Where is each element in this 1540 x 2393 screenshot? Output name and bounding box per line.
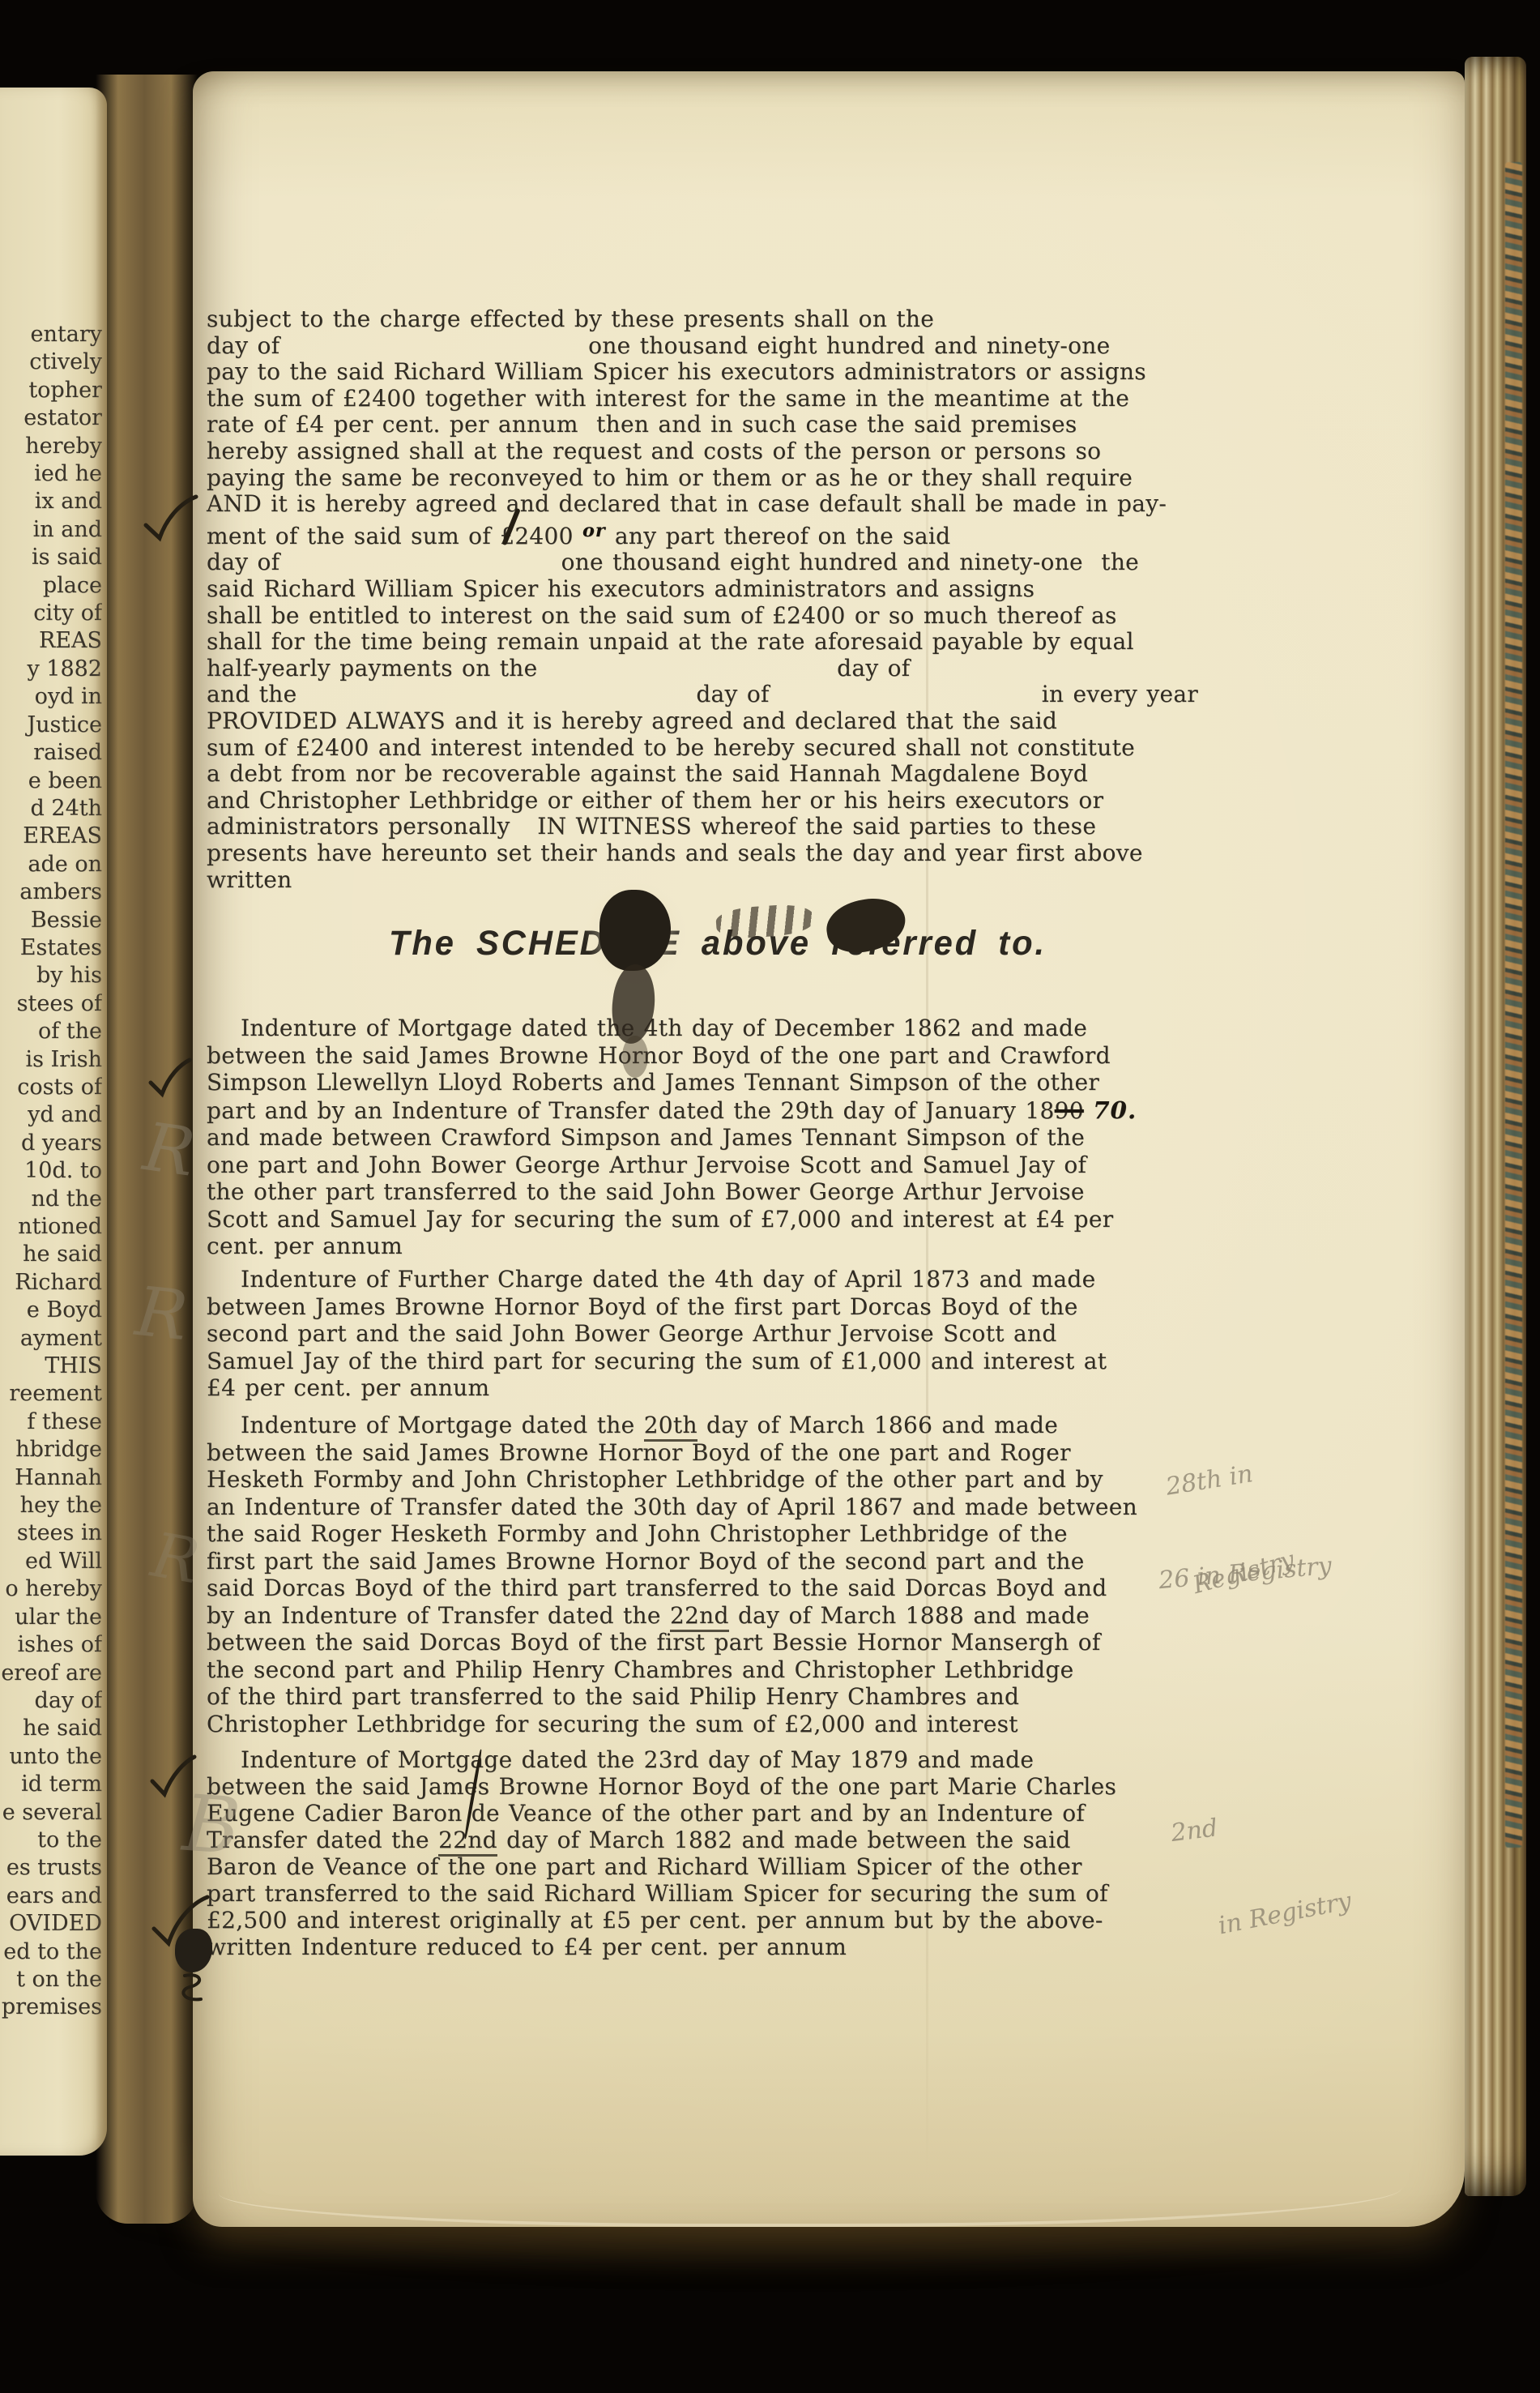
ink-squiggle: [177, 1971, 212, 2006]
text-line: the sum of £2400 together with interest …: [207, 386, 1198, 412]
text-line: administrators personally IN WITNESS whe…: [207, 814, 1198, 840]
margin-note-text: in Registry: [1216, 1887, 1354, 1940]
pencil-initial-r2: R: [132, 1271, 191, 1356]
text-line: place: [0, 572, 102, 600]
text-line: between the said James Browne Hornor Boy…: [207, 1042, 1137, 1070]
text-line: day of one thousand eight hundred and ni…: [207, 333, 1198, 360]
text-line: ayment: [0, 1325, 102, 1352]
text-line: Transfer dated the 22nd day of March 188…: [207, 1827, 1116, 1853]
text-line: ed Will: [0, 1548, 102, 1575]
text-line: topher: [0, 377, 102, 404]
fore-edge-page-stack: [1465, 57, 1526, 2196]
text-line: written Indenture reduced to £4 per cent…: [207, 1934, 1116, 1960]
text-line: reement: [0, 1380, 102, 1408]
text-line: Indenture of Further Charge dated the 4t…: [207, 1266, 1107, 1293]
text-line: entary: [0, 321, 102, 348]
text-line: ade on: [0, 851, 102, 878]
text-line: ctively: [0, 348, 102, 376]
text-line: shall for the time being remain unpaid a…: [207, 629, 1198, 656]
text-line: between the said James Browne Hornor Boy…: [207, 1439, 1137, 1467]
text-line: e been: [0, 767, 102, 795]
text-line: ambers: [0, 878, 102, 906]
text-line: ishes of: [0, 1631, 102, 1659]
text-line: OVIDED: [0, 1910, 102, 1938]
text-line: Bessie: [0, 907, 102, 934]
text-line: to the: [0, 1827, 102, 1854]
text-line: one part and John Bower George Arthur Je…: [207, 1152, 1137, 1179]
text-line: ied he: [0, 460, 102, 488]
text-line: pay to the said Richard William Spicer h…: [207, 359, 1198, 386]
text-line: by his: [0, 962, 102, 989]
text-line: said Richard William Spicer his executor…: [207, 576, 1198, 603]
text-line: y 1882: [0, 656, 102, 683]
text-line: presents have hereunto set their hands a…: [207, 840, 1198, 867]
text-line: sum of £2400 and interest intended to be…: [207, 735, 1198, 762]
text-line: EREAS: [0, 823, 102, 850]
margin-note-2nd: 2nd in Registry: [1162, 1742, 1360, 1996]
text-line: ix and: [0, 488, 102, 515]
text-line: hey the: [0, 1492, 102, 1519]
schedule-paragraph-2: Indenture of Further Charge dated the 4t…: [207, 1266, 1107, 1402]
text-line: cent. per annum: [207, 1233, 1137, 1260]
text-line: Indenture of Mortgage dated the 4th day …: [207, 1015, 1137, 1042]
ink-checkmark-1: [139, 493, 201, 545]
text-line: between James Browne Hornor Boyd of the …: [207, 1293, 1107, 1321]
text-line: paying the same be reconveyed to him or …: [207, 465, 1198, 492]
schedule-paragraph-4: Indenture of Mortgage dated the 23rd day…: [207, 1746, 1116, 1960]
text-line: a debt from nor be recoverable against t…: [207, 761, 1198, 788]
text-line: PROVIDED ALWAYS and it is hereby agreed …: [207, 708, 1198, 735]
text-line: yd and: [0, 1101, 102, 1129]
text-line: ular the: [0, 1604, 102, 1631]
text-line: of the: [0, 1018, 102, 1045]
text-line: between the said Dorcas Boyd of the firs…: [207, 1629, 1137, 1656]
schedule-paragraph-1: Indenture of Mortgage dated the 4th day …: [207, 1015, 1137, 1260]
text-line: raised: [0, 739, 102, 767]
text-line: part transferred to the said Richard Wil…: [207, 1880, 1116, 1907]
text-line: Justice: [0, 711, 102, 739]
text-line: hbridge: [0, 1436, 102, 1464]
text-line: Simpson Llewellyn Lloyd Roberts and Jame…: [207, 1069, 1137, 1096]
text-line: estator: [0, 404, 102, 432]
text-line: the second part and Philip Henry Chambre…: [207, 1656, 1137, 1684]
text-line: half-yearly payments on the day of: [207, 656, 1198, 682]
text-line: e several: [0, 1799, 102, 1827]
book-photo: entaryctivelytopherestatorherebyied heix…: [0, 0, 1540, 2393]
text-line: the other part transferred to the said J…: [207, 1178, 1137, 1206]
text-line: ment of the said sum of £2400 or any par…: [207, 518, 1198, 550]
ink-blot-fade: [622, 1036, 648, 1078]
margin-note-text: 28th in: [1164, 1455, 1282, 1502]
text-line: ereof are: [0, 1660, 102, 1687]
text-line: stees of: [0, 990, 102, 1018]
text-line: part and by an Indenture of Transfer dat…: [207, 1096, 1137, 1125]
text-line: AND it is hereby agreed and declared tha…: [207, 491, 1198, 518]
text-line: Indenture of Mortgage dated the 20th day…: [207, 1412, 1137, 1439]
text-line: Estates: [0, 934, 102, 962]
text-line: said Dorcas Boyd of the third part trans…: [207, 1575, 1137, 1602]
text-line: city of: [0, 600, 102, 627]
text-line: an Indenture of Transfer dated the 30th …: [207, 1493, 1137, 1521]
text-line: subject to the charge effected by these …: [207, 306, 1198, 333]
text-line: oyd in: [0, 683, 102, 711]
text-line: is Irish: [0, 1046, 102, 1074]
text-line: premises: [0, 1993, 102, 2021]
text-line: he said: [0, 1715, 102, 1742]
text-line: £4 per cent. per annum: [207, 1374, 1107, 1402]
text-line: Hesketh Formby and John Christopher Leth…: [207, 1466, 1137, 1493]
text-line: Eugene Cadier Baron de Veance of the oth…: [207, 1800, 1116, 1827]
text-line: shall be entitled to interest on the sai…: [207, 603, 1198, 630]
schedule-paragraph-3: Indenture of Mortgage dated the 20th day…: [207, 1412, 1137, 1737]
text-line: in and: [0, 516, 102, 544]
margin-note-text: 2nd: [1170, 1799, 1342, 1848]
intro-paragraph: subject to the charge effected by these …: [207, 306, 1198, 893]
text-line: between the said James Browne Hornor Boy…: [207, 1773, 1116, 1800]
text-line: Indenture of Mortgage dated the 23rd day…: [207, 1746, 1116, 1773]
text-line: f these: [0, 1408, 102, 1436]
text-line: second part and the said John Bower Geor…: [207, 1320, 1107, 1348]
text-line: id term: [0, 1771, 102, 1798]
text-line: £2,500 and interest originally at £5 per…: [207, 1907, 1116, 1934]
text-line: t on the: [0, 1966, 102, 1993]
text-line: Scott and Samuel Jay for securing the su…: [207, 1206, 1137, 1233]
text-line: is said: [0, 544, 102, 571]
marbled-cover-edge: [1505, 162, 1522, 1848]
ink-checkmark-2: [146, 1057, 194, 1099]
text-line: Richard: [0, 1269, 102, 1297]
text-line: ntioned: [0, 1213, 102, 1241]
text-line: and made between Crawford Simpson and Ja…: [207, 1124, 1137, 1152]
text-line: Hannah: [0, 1464, 102, 1492]
text-line: he said: [0, 1241, 102, 1268]
text-line: and Christopher Lethbridge or either of …: [207, 788, 1198, 814]
text-line: nd the: [0, 1186, 102, 1213]
text-line: d 24th: [0, 795, 102, 823]
text-line: day of one thousand eight hundred and ni…: [207, 549, 1198, 576]
text-line: hereby: [0, 433, 102, 460]
text-line: 10d. to: [0, 1157, 102, 1185]
ink-checkmark-3: [147, 1754, 199, 1799]
text-line: stees in: [0, 1519, 102, 1547]
text-line: the said Roger Hesketh Formby and John C…: [207, 1520, 1137, 1548]
text-line: Christopher Lethbridge for securing the …: [207, 1711, 1137, 1738]
pencil-initial-r1: R: [139, 1109, 199, 1192]
text-line: REAS: [0, 627, 102, 655]
text-line: costs of: [0, 1074, 102, 1101]
text-line: hereby assigned shall at the request and…: [207, 438, 1198, 465]
text-line: e Boyd: [0, 1297, 102, 1324]
text-line: d years: [0, 1130, 102, 1157]
text-line: rate of £4 per cent. per annum then and …: [207, 412, 1198, 438]
text-line: first part the said James Browne Hornor …: [207, 1548, 1137, 1575]
facing-page-edge: entaryctivelytopherestatorherebyied heix…: [0, 88, 107, 2156]
text-line: ears and: [0, 1882, 102, 1910]
text-line: ed to the: [0, 1938, 102, 1966]
text-line: day of: [0, 1687, 102, 1715]
text-line: Baron de Veance of the one part and Rich…: [207, 1853, 1116, 1880]
text-line: by an Indenture of Transfer dated the 22…: [207, 1602, 1137, 1630]
text-line: unto the: [0, 1743, 102, 1771]
text-line: and the day of in every year: [207, 682, 1198, 708]
text-line: o hereby: [0, 1575, 102, 1603]
facing-page-text: entaryctivelytopherestatorherebyied heix…: [0, 321, 102, 2022]
text-line: es trusts: [0, 1854, 102, 1882]
text-line: of the third part transferred to the sai…: [207, 1683, 1137, 1711]
text-line: written: [207, 867, 1198, 894]
text-line: THIS: [0, 1352, 102, 1380]
text-line: Samuel Jay of the third part for securin…: [207, 1348, 1107, 1375]
